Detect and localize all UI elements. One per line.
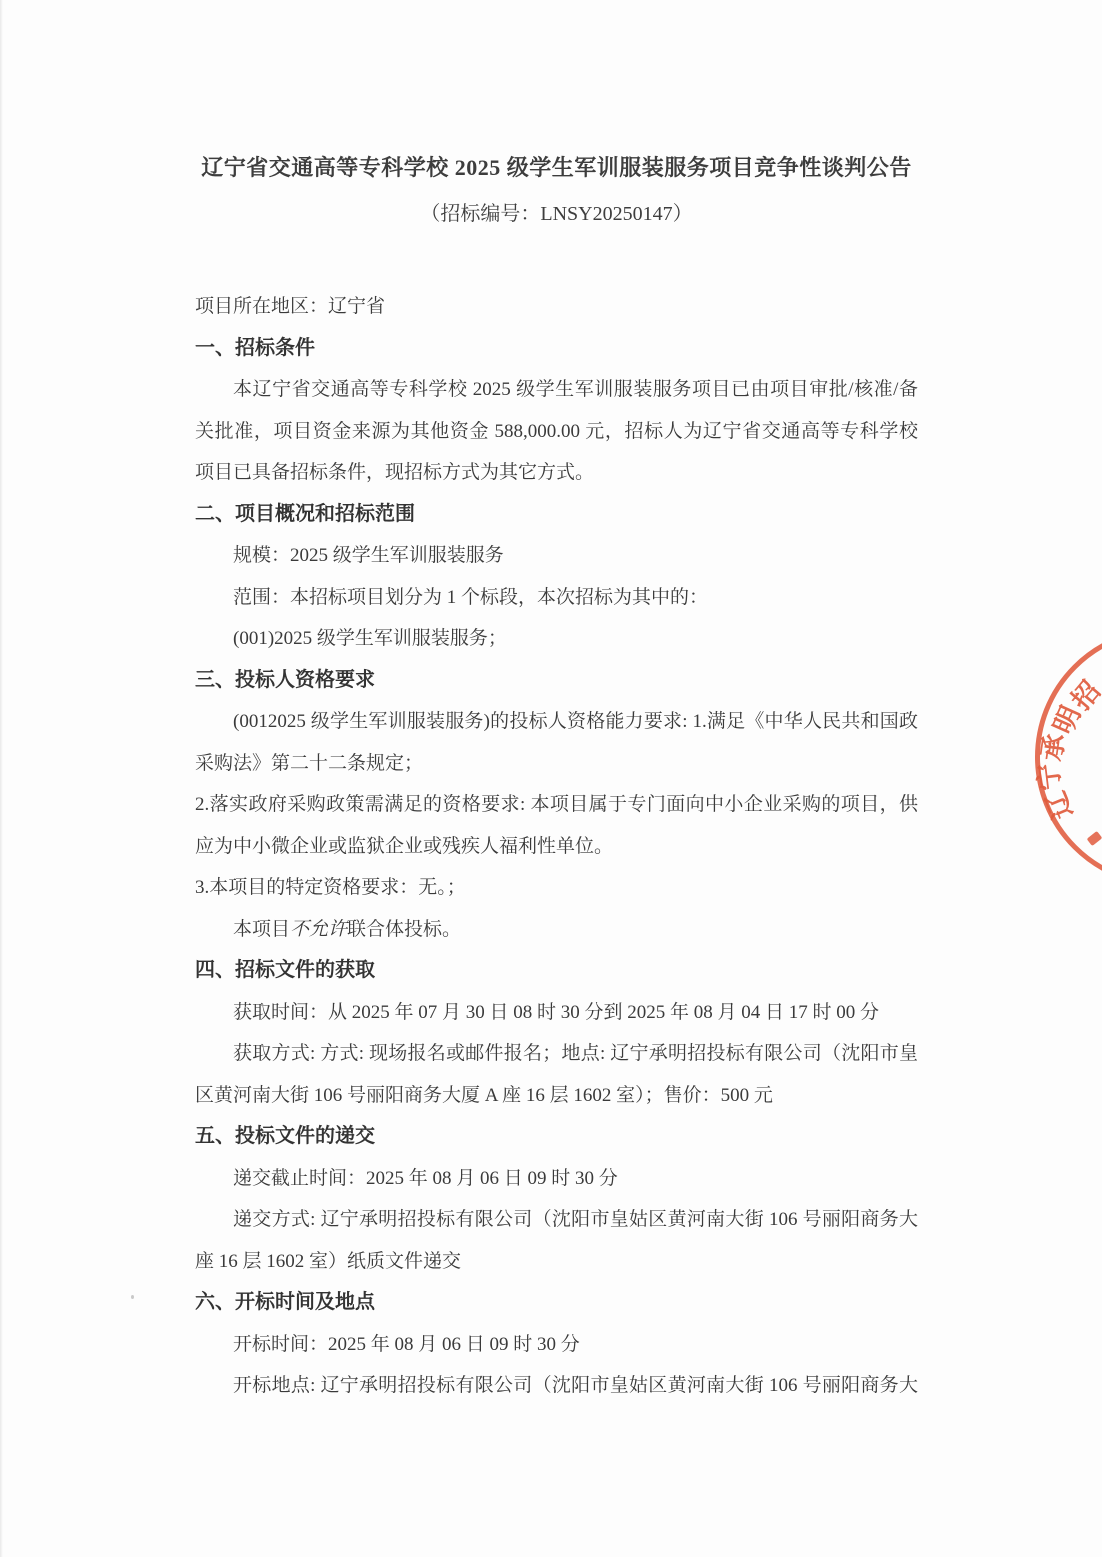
document-page: 辽宁省交通高等专科学校 2025 级学生军训服装服务项目竞争性谈判公告 （招标编… [0,0,1102,1557]
body-line: 3.本项目的特定资格要求：无。； [195,867,918,909]
body-line: 项目所在地区：辽宁省 [195,286,918,328]
document-body: 项目所在地区：辽宁省一、招标条件本辽宁省交通高等专科学校 2025 级学生军训服… [195,286,918,1407]
red-seal-char: 宁 [1026,761,1068,793]
body-line: 递交截止时间：2025 年 08 月 06 日 09 时 30 分 [195,1158,918,1200]
scan-edge-shadow [0,0,3,1557]
section-heading: 四、招标文件的获取 [195,950,918,992]
document-title: 辽宁省交通高等专科学校 2025 级学生军训服装服务项目竞争性谈判公告 [195,151,918,182]
body-line: 开标地点: 辽宁承明招投标有限公司（沈阳市皇姑区黄河南大街 106 号丽阳商务大… [195,1365,918,1407]
body-line: 关批准，项目资金来源为其他资金 588,000.00 元，招标人为辽宁省交通高等… [195,411,918,453]
body-line: 2.落实政府采购政策需满足的资格要求: 本项目属于专门面向中小企业采购的项目，供… [195,784,918,826]
body-line: 递交方式: 辽宁承明招投标有限公司（沈阳市皇姑区黄河南大街 106 号丽阳商务大… [195,1199,918,1241]
body-line: 座 16 层 1602 室）纸质文件递交 [195,1241,918,1283]
body-line: 区黄河南大街 106 号丽阳商务大厦 A 座 16 层 1602 室）；售价：5… [195,1075,918,1117]
section-heading: 三、投标人资格要求 [195,660,918,702]
section-heading: 五、投标文件的递交 [195,1116,918,1158]
section-heading: 二、项目概况和招标范围 [195,494,918,536]
tender-number: （招标编号：LNSY20250147） [195,197,918,226]
emphasized-text: 不允许 [290,919,347,940]
body-text: 联合体投标。 [347,919,461,940]
body-line: (001)2025 级学生军训服装服务； [195,618,918,660]
section-heading: 一、招标条件 [195,328,918,370]
body-line: 获取方式: 方式: 现场报名或邮件报名；地点: 辽宁承明招投标有限公司（沈阳市皇… [195,1033,918,1075]
body-text: 本项目 [233,919,290,940]
red-seal-char: 承 [1030,731,1072,763]
body-line: 本项目不允许联合体投标。 [195,909,918,951]
body-line: 开标时间：2025 年 08 月 06 日 09 时 30 分 [195,1324,918,1366]
body-line: 项目已具备招标条件，现招标方式为其它方式。 [195,452,918,494]
body-line: (0012025 级学生军训服装服务)的投标人资格能力要求: 1.满足《中华人民… [195,701,918,743]
section-heading: 六、开标时间及地点 [195,1282,918,1324]
body-line: 应为中小微企业或监狱企业或残疾人福利性单位。 [195,826,918,868]
body-line: 规模：2025 级学生军训服装服务 [195,535,918,577]
body-line: 获取时间：从 2025 年 07 月 30 日 08 时 30 分到 2025 … [195,992,918,1034]
body-line: 采购法》第二十二条规定； [195,743,918,785]
scan-speck [131,1295,134,1299]
body-line: 范围：本招标项目划分为 1 个标段，本次招标为其中的： [195,577,918,619]
body-line: 本辽宁省交通高等专科学校 2025 级学生军训服装服务项目已由项目审批/核准/备… [195,369,918,411]
